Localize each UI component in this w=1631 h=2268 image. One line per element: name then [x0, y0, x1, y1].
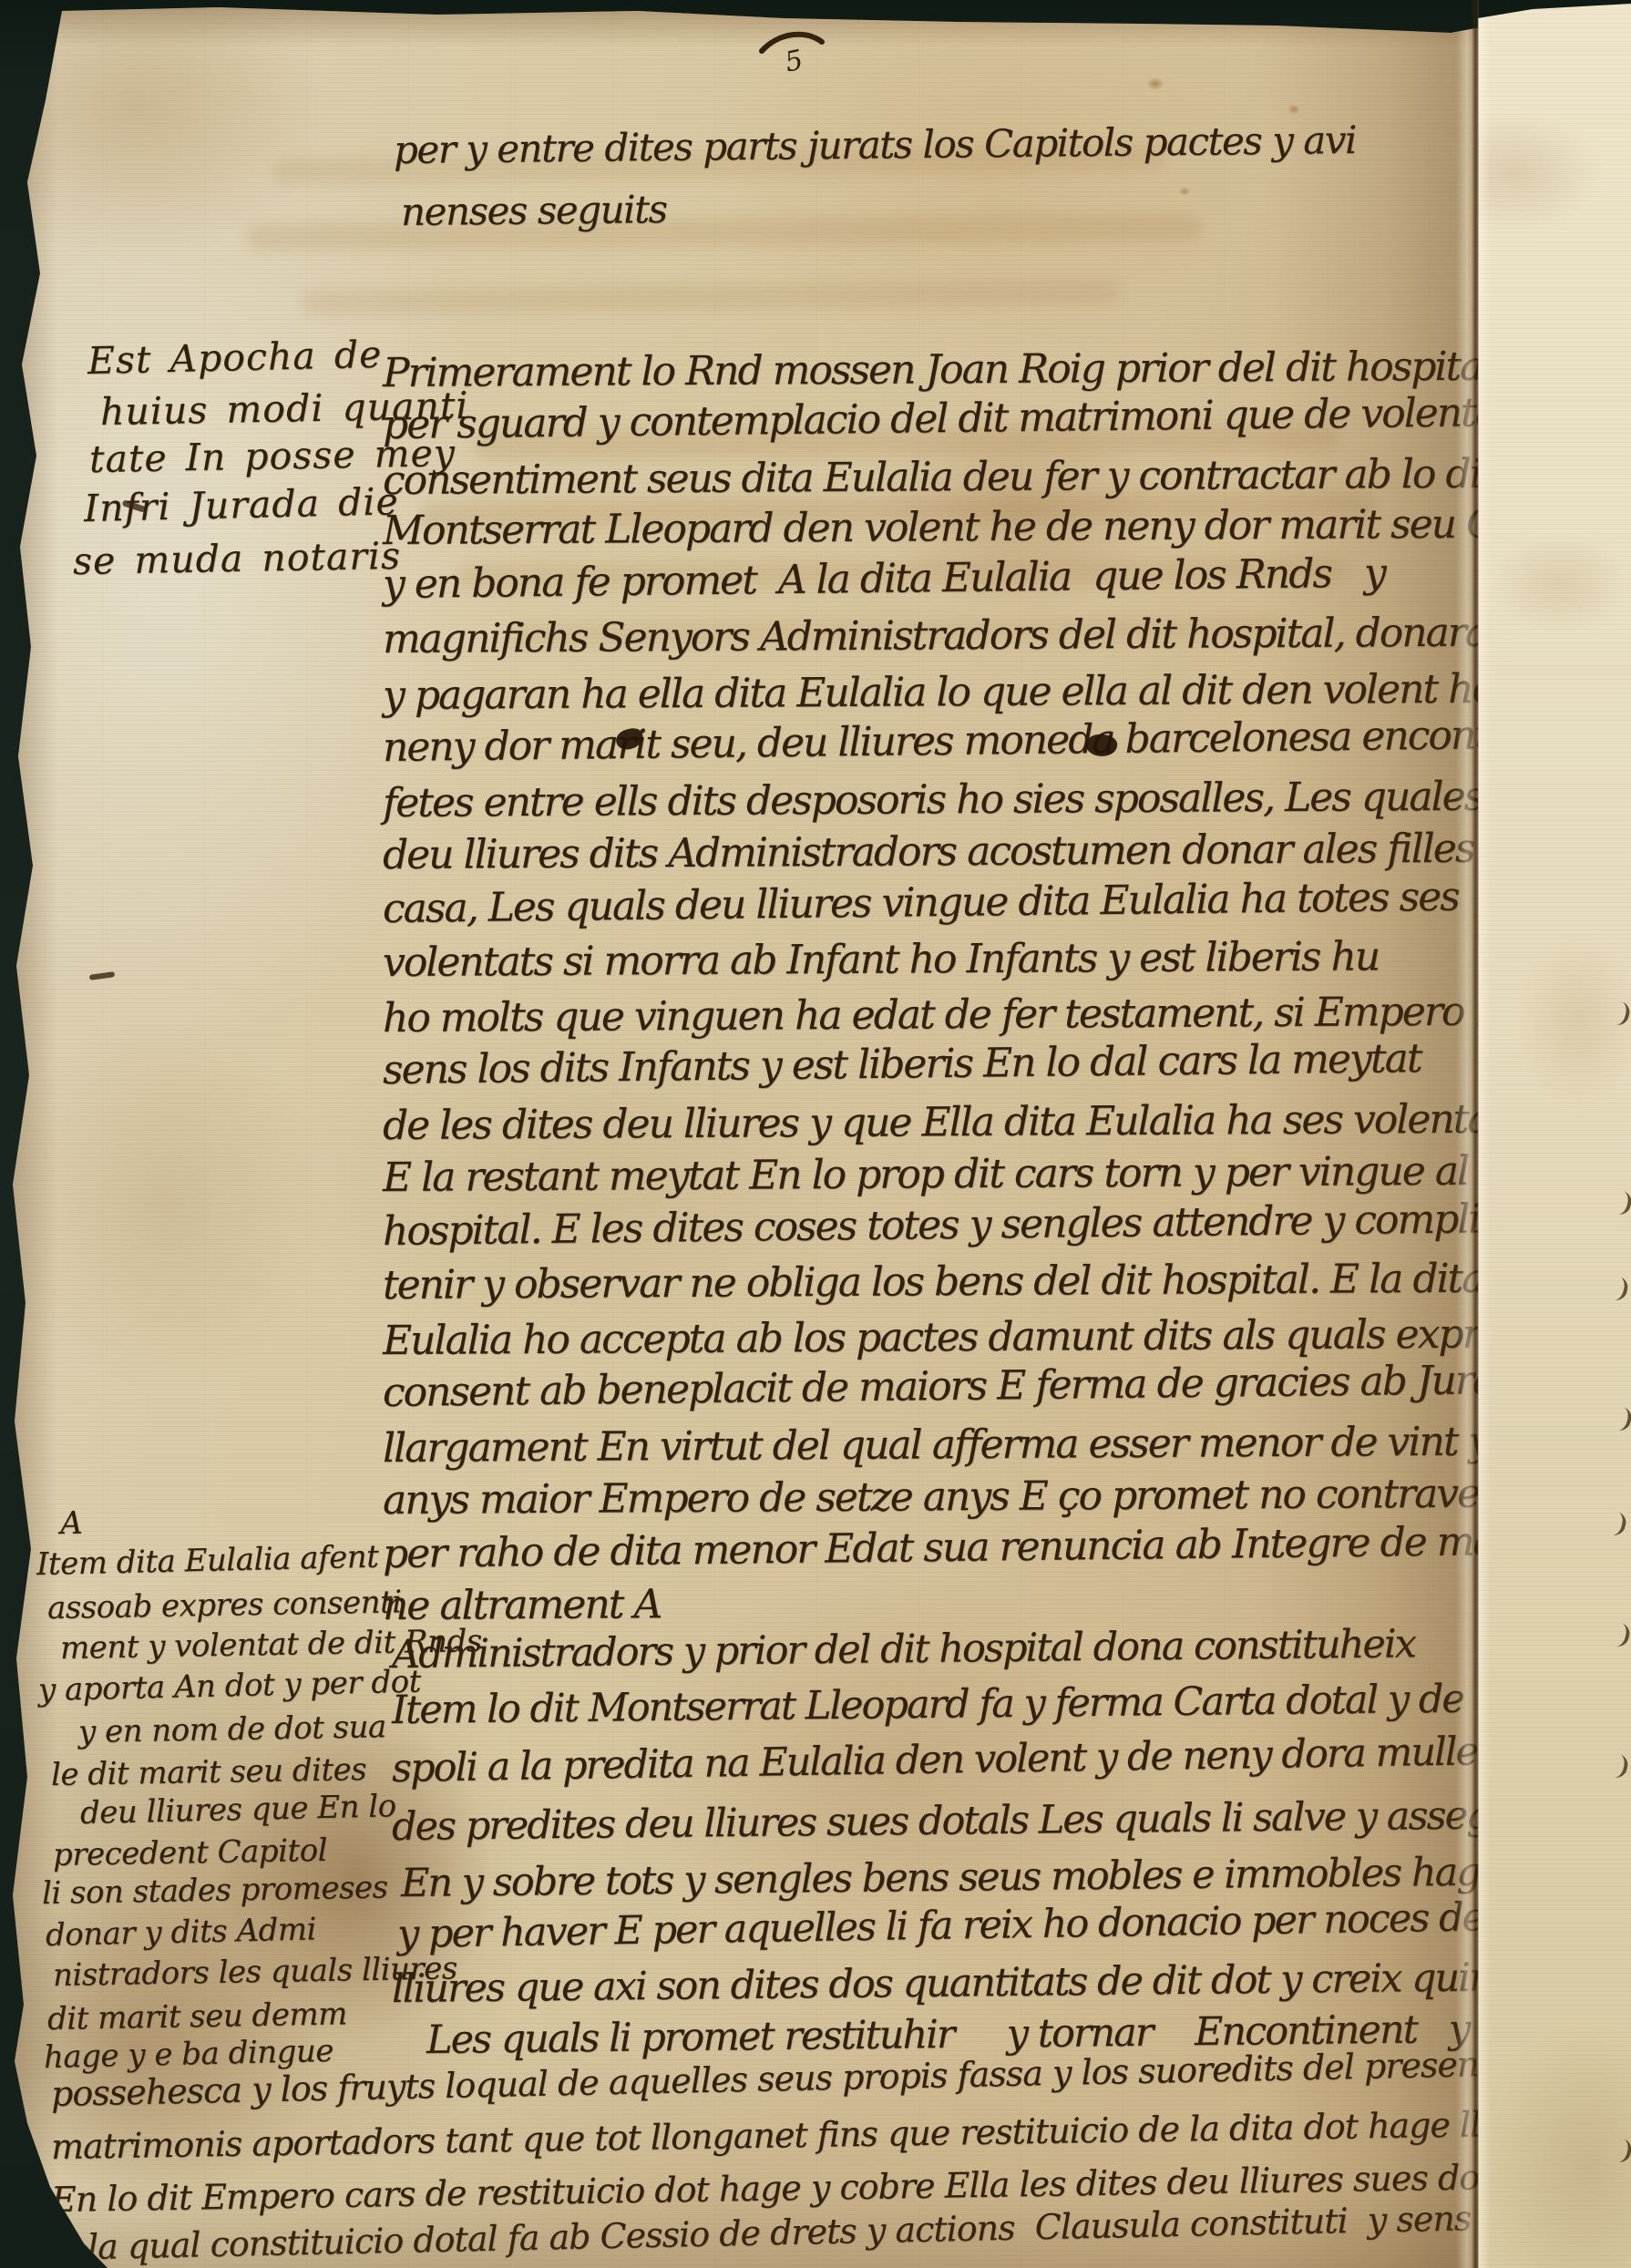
- margin2-line: deu lliures que En lo: [80, 1788, 397, 1832]
- body-line: llargament En virtut del qual afferma es…: [383, 1418, 1575, 1472]
- folio-mark: 5: [758, 26, 827, 86]
- body-line: de les dites deu lliures y que Ella dita…: [383, 1095, 1523, 1149]
- body-line: consent ab beneplacit de maiors E ferma …: [383, 1356, 1591, 1416]
- body-line: Eulalia ho accepta ab los pactes damunt …: [383, 1310, 1631, 1364]
- margin2-line: A: [60, 1505, 83, 1542]
- heading-line: per y entre dites parts jurats los Capit…: [394, 118, 1356, 172]
- body-line: hospital. E les dites coses totes y seng…: [383, 1196, 1497, 1255]
- body2-line: Item lo dit Montserrat Lleopard fa y fer…: [392, 1677, 1463, 1733]
- body-line: consentiment seus dita Eulalia deu fer y…: [383, 451, 1495, 504]
- showthrough-mark: [246, 214, 1203, 251]
- margin2-line: y aporta An dot y per dot: [38, 1663, 422, 1709]
- body-line: per sguard y contemplacio del dit matrim…: [383, 389, 1544, 448]
- body-line: ne altrament A: [383, 1581, 661, 1629]
- heading-line: nenses seguits: [401, 187, 667, 234]
- facing-page-edge: [1478, 0, 1631, 2268]
- margin2-line: Item dita Eulalia afent: [36, 1538, 379, 1583]
- body-line: y pagaran ha ella dita Eulalia lo que el…: [383, 665, 1551, 719]
- margin2-line: le dit marit seu dites: [51, 1751, 367, 1793]
- body-line: neny dor marit seu, deu lliures moneda b…: [383, 711, 1585, 771]
- body-line: anys maior Empero de setze anys E ço pro…: [383, 1470, 1577, 1524]
- body-line: tenir y observar ne obliga los bens del …: [383, 1256, 1484, 1308]
- margin2-line: donar y dits Admi: [46, 1911, 317, 1954]
- margin1-line: se muda notaris: [73, 534, 402, 583]
- body-line: Montserrat Lleopard den volent he de nen…: [383, 500, 1585, 554]
- margin2-line: y en nom de dot sua: [78, 1709, 386, 1750]
- bottom-line: matrimonis aportadors tant que tot llong…: [51, 2104, 1519, 2167]
- body-line: Primerament lo Rnd mossen Joan Roig prio…: [383, 344, 1493, 396]
- body-line: magnifichs Senyors Administradors del di…: [383, 609, 1512, 662]
- body-line: per raho de dita menor Edat sua renuncia…: [383, 1517, 1566, 1577]
- manuscript-photo: 5 per y entre dites parts jurats los Cap…: [0, 0, 1631, 2268]
- body2-line: spoli a la predita na Eulalia den volent…: [392, 1728, 1568, 1791]
- body-line: volentats si morra ab Infant ho Infants …: [383, 933, 1379, 986]
- margin2-line: dit marit seu demm: [47, 1996, 348, 2037]
- margin1-line: Est Apocha de: [87, 333, 382, 383]
- margin2-line: assoab expres consenti: [47, 1584, 402, 1627]
- body-line: E la restant meytat En lo prop dit cars …: [383, 1147, 1528, 1201]
- body-line: sens los dits Infants y est liberis En l…: [383, 1035, 1421, 1093]
- binding-fold: [1472, 0, 1479, 2268]
- margin2-line: precedent Capitol: [53, 1832, 328, 1873]
- body-line: ho molts que vinguen ha edat de fer test…: [383, 988, 1590, 1042]
- body-line: casa, Les quals deu lliures vingue dita …: [383, 874, 1459, 932]
- body2-line: Administradors y prior del dit hospital …: [392, 1621, 1415, 1678]
- showthrough-mark: [301, 279, 1121, 316]
- body-line: fetes entre ells dits desposoris ho sies…: [383, 774, 1483, 826]
- body2-line: des predites deu lliures sues dotals Les…: [392, 1792, 1552, 1850]
- manuscript-page: 5 per y entre dites parts jurats los Cap…: [0, 0, 1481, 2268]
- margin2-line: li son stades promeses: [42, 1869, 388, 1912]
- marginal-tick: [89, 971, 116, 980]
- body2-line: lliures que axi son dites dos quantitats…: [392, 1953, 1631, 2012]
- body-line: y en bona fe promet A la dita Eulalia qu…: [383, 550, 1385, 608]
- body-line: deu lliures dits Administradors acostume…: [383, 825, 1602, 878]
